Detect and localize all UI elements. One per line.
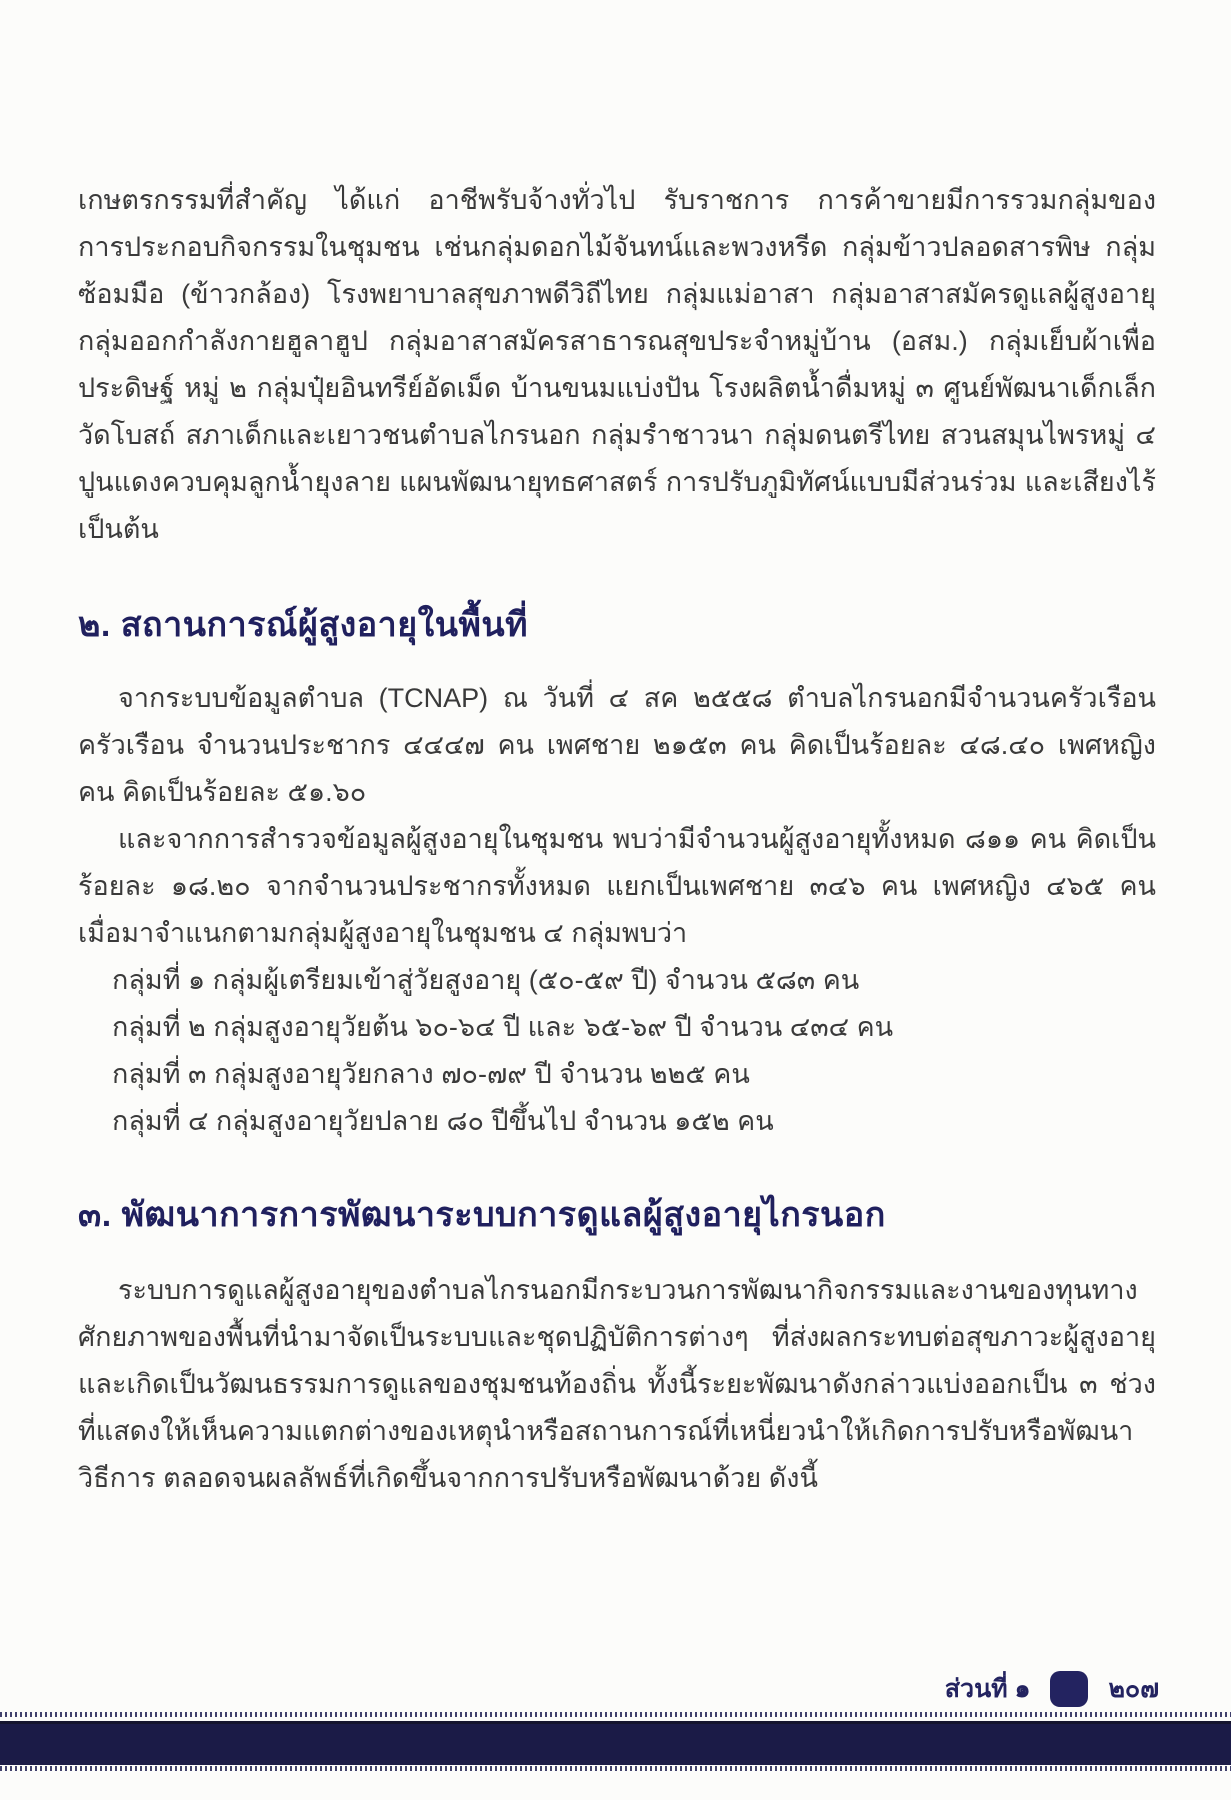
paragraph-text-line: ครัวเรือน จำนวนประชากร ๔๔๔๗ คน เพศชาย ๒๑…: [78, 722, 1156, 769]
paragraph-text-line: ศักยภาพของพื้นที่นำมาจัดเป็นระบบและชุดปฏ…: [78, 1314, 1156, 1361]
document-page: เกษตรกรรมที่สำคัญ ได้แก่ อาชีพรับจ้างทั่…: [0, 0, 1231, 1800]
paragraph-population-data: จากระบบข้อมูลตำบล (TCNAP) ณ วันที่ ๔ สค …: [78, 675, 1156, 816]
footer-dotted-rule-bottom: [0, 1766, 1231, 1771]
footer-section-label: ส่วนที่ ๑: [945, 1668, 1031, 1710]
paragraph-text-line: เมื่อมาจำแนกตามกลุ่มผู้สูงอายุในชุมชน ๔ …: [78, 910, 1156, 957]
footer-page-number: ๒๐๗: [1108, 1668, 1159, 1710]
paragraph-text-line: ประดิษฐ์ หมู่ ๒ กลุ่มปุ๋ยอินทรีย์อัดเม็ด…: [78, 365, 1156, 412]
paragraph-text-line: และเกิดเป็นวัฒนธรรมการดูแลของชุมชนท้องถิ…: [78, 1361, 1156, 1408]
page-content: เกษตรกรรมที่สำคัญ ได้แก่ อาชีพรับจ้างทั่…: [78, 177, 1156, 1502]
paragraph-text-line: การประกอบกิจกรรมในชุมชน เช่นกลุ่มดอกไม้จ…: [78, 224, 1156, 271]
paragraph-text-line: คน คิดเป็นร้อยละ ๕๑.๖๐: [78, 769, 1156, 816]
paragraph-text-line: ที่แสดงให้เห็นความแตกต่างของเหตุนำหรือสถ…: [78, 1408, 1156, 1455]
paragraph-text-line: เกษตรกรรมที่สำคัญ ได้แก่ อาชีพรับจ้างทั่…: [78, 177, 1156, 224]
elderly-group-item: กลุ่มที่ ๔ กลุ่มสูงอายุวัยปลาย ๘๐ ปีขึ้น…: [78, 1098, 1156, 1145]
footer-badge-icon: [1050, 1671, 1088, 1707]
paragraph-text-line: ซ้อมมือ (ข้าวกล้อง) โรงพยาบาลสุขภาพดีวิถ…: [78, 271, 1156, 318]
page-footer: ส่วนที่ ๑ ๒๐๗: [945, 1668, 1159, 1710]
paragraph-text-line: ร้อยละ ๑๘.๒๐ จากจำนวนประชากรทั้งหมด แยกเ…: [78, 863, 1156, 910]
paragraph-text-line: จากระบบข้อมูลตำบล (TCNAP) ณ วันที่ ๔ สค …: [78, 675, 1156, 722]
elderly-group-list: กลุ่มที่ ๑ กลุ่มผู้เตรียมเข้าสู่วัยสูงอา…: [78, 957, 1156, 1145]
elderly-group-item: กลุ่มที่ ๒ กลุ่มสูงอายุวัยต้น ๖๐-๖๔ ปี แ…: [78, 1004, 1156, 1051]
footer-dotted-rule-top: [0, 1712, 1231, 1717]
paragraph-elderly-survey: และจากการสำรวจข้อมูลผู้สูงอายุในชุมชน พบ…: [78, 816, 1156, 957]
footer-navy-bar: [0, 1721, 1231, 1765]
paragraph-text-line: และจากการสำรวจข้อมูลผู้สูงอายุในชุมชน พบ…: [78, 816, 1156, 863]
elderly-group-item: กลุ่มที่ ๑ กลุ่มผู้เตรียมเข้าสู่วัยสูงอา…: [78, 957, 1156, 1004]
paragraph-text-line: วิธีการ ตลอดจนผลลัพธ์ที่เกิดขึ้นจากการปร…: [78, 1455, 1156, 1502]
paragraph-text-line: ระบบการดูแลผู้สูงอายุของตำบลไกรนอกมีกระบ…: [78, 1267, 1156, 1314]
paragraph-text-line: วัดโบสถ์ สภาเด็กและเยาวชนตำบลไกรนอก กลุ่…: [78, 412, 1156, 459]
section-3-heading: ๓. พัฒนาการการพัฒนาระบบการดูแลผู้สูงอายุ…: [78, 1189, 1156, 1241]
paragraph-community-groups: เกษตรกรรมที่สำคัญ ได้แก่ อาชีพรับจ้างทั่…: [78, 177, 1156, 553]
section-2-heading: ๒. สถานการณ์ผู้สูงอายุในพื้นที่: [78, 599, 1156, 651]
paragraph-text-line: ปูนแดงควบคุมลูกน้ำยุงลาย แผนพัฒนายุทธศาส…: [78, 459, 1156, 506]
elderly-group-item: กลุ่มที่ ๓ กลุ่มสูงอายุวัยกลาง ๗๐-๗๙ ปี …: [78, 1051, 1156, 1098]
paragraph-care-system-development: ระบบการดูแลผู้สูงอายุของตำบลไกรนอกมีกระบ…: [78, 1267, 1156, 1502]
paragraph-text-line: กลุ่มออกกำลังกายฮูลาฮูป กลุ่มอาสาสมัครสา…: [78, 318, 1156, 365]
paragraph-text-line: เป็นต้น: [78, 506, 1156, 553]
